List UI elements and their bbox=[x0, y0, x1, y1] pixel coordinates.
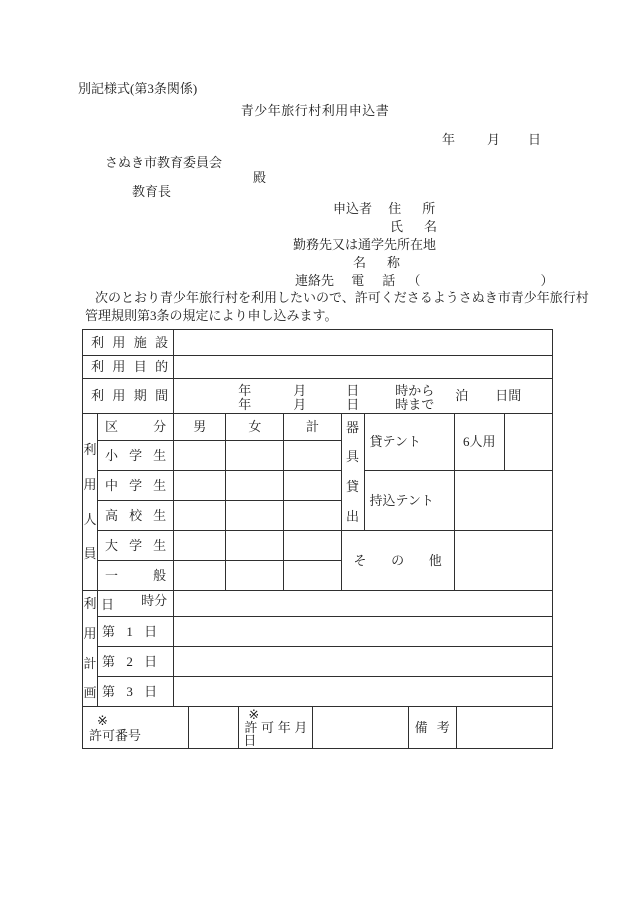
phone-paren-close: ） bbox=[541, 273, 554, 288]
contact-label: 連絡先 bbox=[295, 273, 334, 288]
plan-corner-day-label: 日 bbox=[101, 596, 114, 614]
period-days-label: 日間 bbox=[495, 387, 521, 405]
high-school-female-cell[interactable] bbox=[226, 501, 284, 531]
equipment-section-label: 器具貸出 bbox=[341, 414, 364, 531]
period-year-from: 年 bbox=[238, 384, 293, 397]
page: { "header": { "form_note": "別記様式(第3条関係)"… bbox=[0, 0, 630, 903]
people-female-header: 女 bbox=[226, 414, 284, 441]
plan-corner-header: 時分 日 bbox=[98, 591, 174, 617]
date-year-label: 年 bbox=[442, 131, 487, 149]
row-high-school-label: 高校生 bbox=[98, 501, 174, 531]
period-year-until: 年 bbox=[238, 398, 293, 411]
high-school-total-cell[interactable] bbox=[284, 501, 341, 531]
elementary-total-cell[interactable] bbox=[284, 441, 341, 471]
remarks-input-cell[interactable] bbox=[456, 707, 552, 749]
elementary-male-cell[interactable] bbox=[174, 441, 226, 471]
permit-number-label-cell: ※ 許可番号 bbox=[83, 707, 189, 749]
form-note: 別記様式(第3条関係) bbox=[78, 80, 197, 98]
row-junior-high-label: 中学生 bbox=[98, 471, 174, 501]
period-month-from: 月 bbox=[293, 384, 346, 397]
page-title: 青少年旅行村利用申込書 bbox=[0, 102, 630, 120]
applicant-name-label: 氏名 bbox=[390, 218, 437, 236]
plan-day2-input-cell[interactable] bbox=[174, 647, 553, 677]
applicant-label: 申込者 bbox=[333, 201, 372, 216]
applicant-address-line: 申込者 住所 bbox=[333, 200, 435, 218]
rental-tent-size: 6人用 bbox=[454, 414, 504, 471]
application-table: 利用施設 利用目的 利用期間 年月日時から 年月日時まで 泊 日間 bbox=[82, 329, 553, 707]
plan-corner-time-label: 時分 bbox=[141, 592, 167, 610]
phone-paren-open: （ bbox=[408, 273, 421, 288]
date-month-label: 月 bbox=[487, 131, 528, 149]
period-time-until: 時まで bbox=[395, 398, 434, 411]
elementary-female-cell[interactable] bbox=[226, 441, 284, 471]
intro-line-2: 管理規則第3条の規定により申し込みます。 bbox=[85, 307, 337, 325]
plan-day1-input-cell[interactable] bbox=[174, 617, 553, 647]
plan-day3-input-cell[interactable] bbox=[174, 677, 553, 707]
people-male-header: 男 bbox=[174, 414, 226, 441]
date-day-label: 日 bbox=[528, 131, 541, 149]
permit-number-input-cell[interactable] bbox=[189, 707, 239, 749]
university-female-cell[interactable] bbox=[226, 531, 284, 561]
period-month-until: 月 bbox=[293, 398, 346, 411]
applicant-address-label: 住所 bbox=[388, 200, 435, 218]
junior-high-female-cell[interactable] bbox=[226, 471, 284, 501]
purpose-label-cell: 利用目的 bbox=[83, 356, 174, 379]
general-male-cell[interactable] bbox=[174, 561, 226, 591]
facility-input-cell[interactable] bbox=[174, 330, 553, 356]
junior-high-male-cell[interactable] bbox=[174, 471, 226, 501]
phone-label: 電話 bbox=[351, 272, 395, 290]
other-equipment-input-cell[interactable] bbox=[454, 531, 552, 591]
plan-day2-label: 第2日 bbox=[98, 647, 174, 677]
purpose-input-cell[interactable] bbox=[174, 356, 553, 379]
addressee-title: 教育長 bbox=[132, 183, 171, 201]
people-section-label: 利用人員 bbox=[83, 414, 98, 591]
row-general-label: 一般 bbox=[98, 561, 174, 591]
row-elementary-label: 小学生 bbox=[98, 441, 174, 471]
row-university-label: 大学生 bbox=[98, 531, 174, 561]
facility-label-cell: 利用施設 bbox=[83, 330, 174, 356]
junior-high-total-cell[interactable] bbox=[284, 471, 341, 501]
own-tent-input-cell[interactable] bbox=[454, 471, 552, 531]
permit-date-input-cell[interactable] bbox=[313, 707, 408, 749]
plan-day1-label: 第1日 bbox=[98, 617, 174, 647]
people-total-header: 計 bbox=[284, 414, 341, 441]
work-name-label: 名称 bbox=[353, 254, 400, 272]
plan-header-input-cell[interactable] bbox=[174, 591, 553, 617]
intro-line-1: 次のとおり青少年旅行村を利用したいので、許可くださるようさぬき市青少年旅行村 bbox=[95, 289, 589, 307]
period-time-from: 時から bbox=[395, 384, 434, 397]
period-nights-label: 泊 bbox=[455, 387, 468, 405]
other-equipment-label: その他 bbox=[341, 531, 454, 591]
date-line: 年月日 bbox=[442, 131, 541, 149]
period-label-cell: 利用期間 bbox=[83, 379, 174, 414]
addressee-org: さぬき市教育委員会 bbox=[105, 154, 222, 172]
permit-date-label-cell: ※ 許可年月 日 bbox=[239, 707, 313, 749]
university-male-cell[interactable] bbox=[174, 531, 226, 561]
period-day-from: 日 bbox=[346, 384, 395, 397]
approval-table: ※ 許可番号 ※ 許可年月 日 備考 bbox=[82, 706, 553, 749]
remarks-label-cell: 備考 bbox=[408, 707, 456, 749]
general-total-cell[interactable] bbox=[284, 561, 341, 591]
general-female-cell[interactable] bbox=[226, 561, 284, 591]
rental-tent-label: 貸テント bbox=[364, 414, 454, 471]
rental-tent-input-cell[interactable] bbox=[504, 414, 552, 471]
plan-day3-label: 第3日 bbox=[98, 677, 174, 707]
period-day-until: 日 bbox=[346, 398, 395, 411]
contact-line: 連絡先 電話 （） bbox=[295, 272, 554, 290]
own-tent-label: 持込テント bbox=[364, 471, 454, 531]
high-school-male-cell[interactable] bbox=[174, 501, 226, 531]
university-total-cell[interactable] bbox=[284, 531, 341, 561]
period-lines: 年月日時から 年月日時まで bbox=[238, 384, 434, 412]
addressee-honorific: 殿 bbox=[253, 169, 266, 187]
work-address-label: 勤務先又は通学先所在地 bbox=[293, 236, 436, 254]
period-input-cell[interactable]: 年月日時から 年月日時まで 泊 日間 bbox=[174, 379, 553, 414]
plan-section-label: 利用計画 bbox=[83, 591, 98, 707]
people-category-header: 区分 bbox=[98, 414, 174, 441]
